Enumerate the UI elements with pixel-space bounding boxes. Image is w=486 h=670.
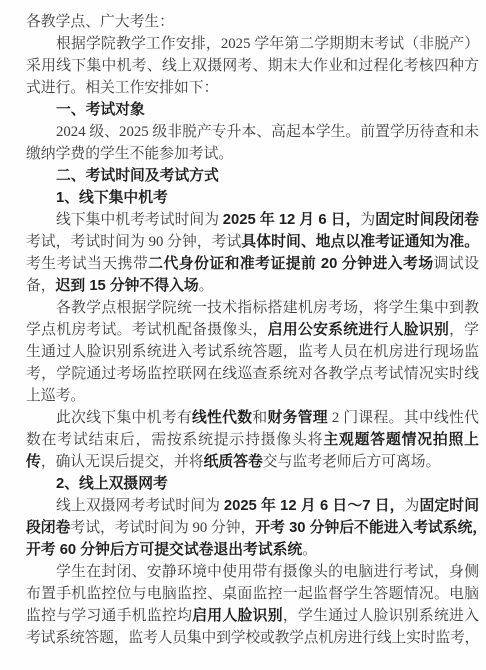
text-line: 数在考试结束后，需按系统提示持摄像头将主观题答题情况拍照上 xyxy=(26,429,479,451)
text-line: 2、线上双摄网考 xyxy=(26,473,479,495)
text-line: 一、考试对象 xyxy=(26,99,479,121)
text-run: 考生考试当天携带 xyxy=(26,256,148,272)
salutation: 各教学点、广大考生： xyxy=(26,11,479,33)
text-run-bold: 二代身份证和准考证提前 20 分钟进入考场 xyxy=(148,256,433,272)
text-line: 监控与学习通手机监控均启用人脸识别，学生通过人脸识别系统进入 xyxy=(26,605,479,627)
text-line: 二、考试时间及考试方式 xyxy=(26,165,479,187)
text-run-bold: 固定时间 xyxy=(419,498,479,514)
heading-online-dual-camera-exam: 2、线上双摄网考 xyxy=(26,473,479,495)
text-run: 各教学点根据学院统一技术指标搭建机房考场，将学生集中到教 xyxy=(56,300,479,316)
text-run: 线上双摄网考考试时间为 xyxy=(56,498,224,514)
text-run: 学生在封闭、安静环境中使用带有摄像头的电脑进行考试，身侧 xyxy=(56,564,479,580)
text-line: 学点机房考试。考试机配备摄像头，启用公安系统进行人脸识别，学 xyxy=(26,319,479,341)
text-run: 上巡考。 xyxy=(26,388,85,404)
text-run: 。 xyxy=(302,542,317,558)
section-heading: 一、考试对象 xyxy=(56,102,145,118)
text-run: 2024 级、2025 级非脱产专升本、高起本学生。前置学历待查和未 xyxy=(56,124,479,140)
text-line: 考试，考试时间为 90 分钟，考试具体时间、地点以准考证通知为准。 xyxy=(26,231,479,253)
heading-offline-machine-exam: 1、线下集中机考 xyxy=(26,187,479,209)
text-run: 式进行。相关工作安排如下： xyxy=(26,80,218,96)
text-run: ，确认无误后提交，并将 xyxy=(41,454,204,470)
text-run: 考试，考试时间为 90 分钟， xyxy=(70,520,255,536)
text-line: 布置手机监控位与电脑监控、桌面监控一起监督学生答题情况。电脑 xyxy=(26,583,479,605)
text-run: 为 xyxy=(405,498,420,514)
text-run-bold: 具体时间、地点以准考证通知为准。 xyxy=(241,234,479,250)
intro-paragraph: 根据学院教学工作安排，2025 学年第二学期期末考试（非脱产） 采用线下集中机考… xyxy=(26,33,479,99)
text-run: 考试，考试时间为 90 分钟，考试 xyxy=(26,234,241,250)
offline-exam-venue-paragraph: 各教学点根据学院统一技术指标搭建机房考场，将学生集中到教 学点机房考试。考试机配… xyxy=(26,297,479,407)
text-run: 。 xyxy=(199,278,214,294)
text-run-bold: 启用公安系统进行人脸识别 xyxy=(268,322,449,338)
text-run: 此次线下集中机考有 xyxy=(56,410,192,426)
text-run-bold: 固定时间段闭卷 xyxy=(375,212,479,228)
text-line: 备，迟到 15 分钟不得入场。 xyxy=(26,275,479,297)
text-line: 上巡考。 xyxy=(26,385,479,407)
text-run-bold: 迟到 15 分钟不得入场 xyxy=(56,278,199,294)
text-line: 各教学点根据学院统一技术指标搭建机房考场，将学生集中到教 xyxy=(26,297,479,319)
text-run-bold: 纸质答卷 xyxy=(204,454,263,470)
text-line: 考试系统答题，监考人员集中到学校或教学点机房进行线上实时监考， xyxy=(26,627,479,649)
text-run: 2 门课程。其中线性代 xyxy=(328,410,479,426)
text-line: 缴纳学费的学生不能参加考试。 xyxy=(26,143,479,165)
text-run: 交与监考老师后方可离场。 xyxy=(263,454,441,470)
text-run: ，学 xyxy=(449,322,479,338)
text-run-bold: 开考 30 分钟后不能进入考试系统， xyxy=(255,520,486,536)
text-line: 2024 级、2025 级非脱产专升本、高起本学生。前置学历待查和未 xyxy=(26,121,479,143)
text-line: 段闭卷考试，考试时间为 90 分钟，开考 30 分钟后不能进入考试系统， xyxy=(26,517,479,539)
text-line: 考生考试当天携带二代身份证和准考证提前 20 分钟进入考场调试设 xyxy=(26,253,479,275)
offline-exam-courses-paragraph: 此次线下集中机考有线性代数和财务管理 2 门课程。其中线性代 数在考试结束后，需… xyxy=(26,407,479,473)
text-run-bold: 线性代数 xyxy=(192,410,252,426)
text-line: 传，确认无误后提交，并将纸质答卷交与监考老师后方可离场。 xyxy=(26,451,479,473)
text-run-bold: 传 xyxy=(26,454,41,470)
text-run: 数在考试结束后，需按系统提示持摄像头将 xyxy=(26,432,323,448)
text-run: 线下集中机考考试时间为 xyxy=(56,212,223,228)
text-line: 学生在封闭、安静环境中使用带有摄像头的电脑进行考试，身侧 xyxy=(26,561,479,583)
text-run: 调试设 xyxy=(434,256,479,272)
online-exam-proctoring-paragraph: 学生在封闭、安静环境中使用带有摄像头的电脑进行考试，身侧 布置手机监控位与电脑监… xyxy=(26,561,479,649)
text-run-bold: 开考 60 分钟后方可提交试卷退出考试系统 xyxy=(26,542,302,558)
text-run-bold: 财务管理 xyxy=(267,410,327,426)
online-exam-time-paragraph: 线上双摄网考考试时间为 2025 年 12 月 6 日～7 日，为固定时间 段闭… xyxy=(26,495,479,561)
text-line: 开考 60 分钟后方可提交试卷退出考试系统。 xyxy=(26,539,479,561)
text-line: 各教学点、广大考生： xyxy=(26,11,479,33)
text-run: 各教学点、广大考生： xyxy=(26,14,174,30)
text-run: 布置手机监控位与电脑监控、桌面监控一起监督学生答题情况。电脑 xyxy=(26,586,479,602)
text-line: 线上双摄网考考试时间为 2025 年 12 月 6 日～7 日，为固定时间 xyxy=(26,495,479,517)
section-heading: 2、线上双摄网考 xyxy=(56,476,168,492)
text-run: 根据学院教学工作安排，2025 学年第二学期期末考试（非脱产） xyxy=(56,36,479,52)
text-run: 学点机房考试。考试机配备摄像头， xyxy=(26,322,268,338)
text-run: 缴纳学费的学生不能参加考试。 xyxy=(26,146,233,162)
heading-exam-target: 一、考试对象 xyxy=(26,99,479,121)
heading-exam-time-method: 二、考试时间及考试方式 xyxy=(26,165,479,187)
text-run-bold: 启用人脸识别 xyxy=(192,608,283,624)
text-run: 和 xyxy=(252,410,267,426)
text-line: 考，学院通过考场监控联网在线巡查系统对各教学点考试情况实时线 xyxy=(26,363,479,385)
text-run-bold: 2025 年 12 月 6 日～7 日， xyxy=(224,498,405,514)
text-run: ，学生通过人脸识别系统进入 xyxy=(283,608,479,624)
text-run: 考，学院通过考场监控联网在线巡查系统对各教学点考试情况实时线 xyxy=(26,366,479,382)
text-line: 式进行。相关工作安排如下： xyxy=(26,77,479,99)
text-run: 监控与学习通手机监控均 xyxy=(26,608,192,624)
text-line: 1、线下集中机考 xyxy=(26,187,479,209)
text-line: 此次线下集中机考有线性代数和财务管理 2 门课程。其中线性代 xyxy=(26,407,479,429)
text-run: 备， xyxy=(26,278,56,294)
text-run: 采用线下集中机考、线上双摄网考、期末大作业和过程化考核四种方 xyxy=(26,58,479,74)
text-run-bold: 2025 年 12 月 6 日， xyxy=(223,212,361,228)
notice-document: 各教学点、广大考生： 根据学院教学工作安排，2025 学年第二学期期末考试（非脱… xyxy=(0,0,486,670)
text-line: 根据学院教学工作安排，2025 学年第二学期期末考试（非脱产） xyxy=(26,33,479,55)
text-run: 考试系统答题，监考人员集中到学校或教学点机房进行线上实时监考， xyxy=(26,630,479,646)
text-line: 生通过人脸识别系统进入考试系统答题，监考人员在机房进行现场监 xyxy=(26,341,479,363)
text-run-bold: 段闭卷 xyxy=(26,520,70,536)
text-run: 为 xyxy=(360,212,375,228)
text-run: 生通过人脸识别系统进入考试系统答题，监考人员在机房进行现场监 xyxy=(26,344,479,360)
text-run-bold: 主观题答题情况拍照上 xyxy=(323,432,479,448)
section-heading: 1、线下集中机考 xyxy=(56,190,168,206)
offline-exam-time-paragraph: 线下集中机考考试时间为 2025 年 12 月 6 日，为固定时间段闭卷 考试，… xyxy=(26,209,479,297)
text-line: 采用线下集中机考、线上双摄网考、期末大作业和过程化考核四种方 xyxy=(26,55,479,77)
exam-target-paragraph: 2024 级、2025 级非脱产专升本、高起本学生。前置学历待查和未 缴纳学费的… xyxy=(26,121,479,165)
section-heading: 二、考试时间及考试方式 xyxy=(56,168,219,184)
text-line: 线下集中机考考试时间为 2025 年 12 月 6 日，为固定时间段闭卷 xyxy=(26,209,479,231)
